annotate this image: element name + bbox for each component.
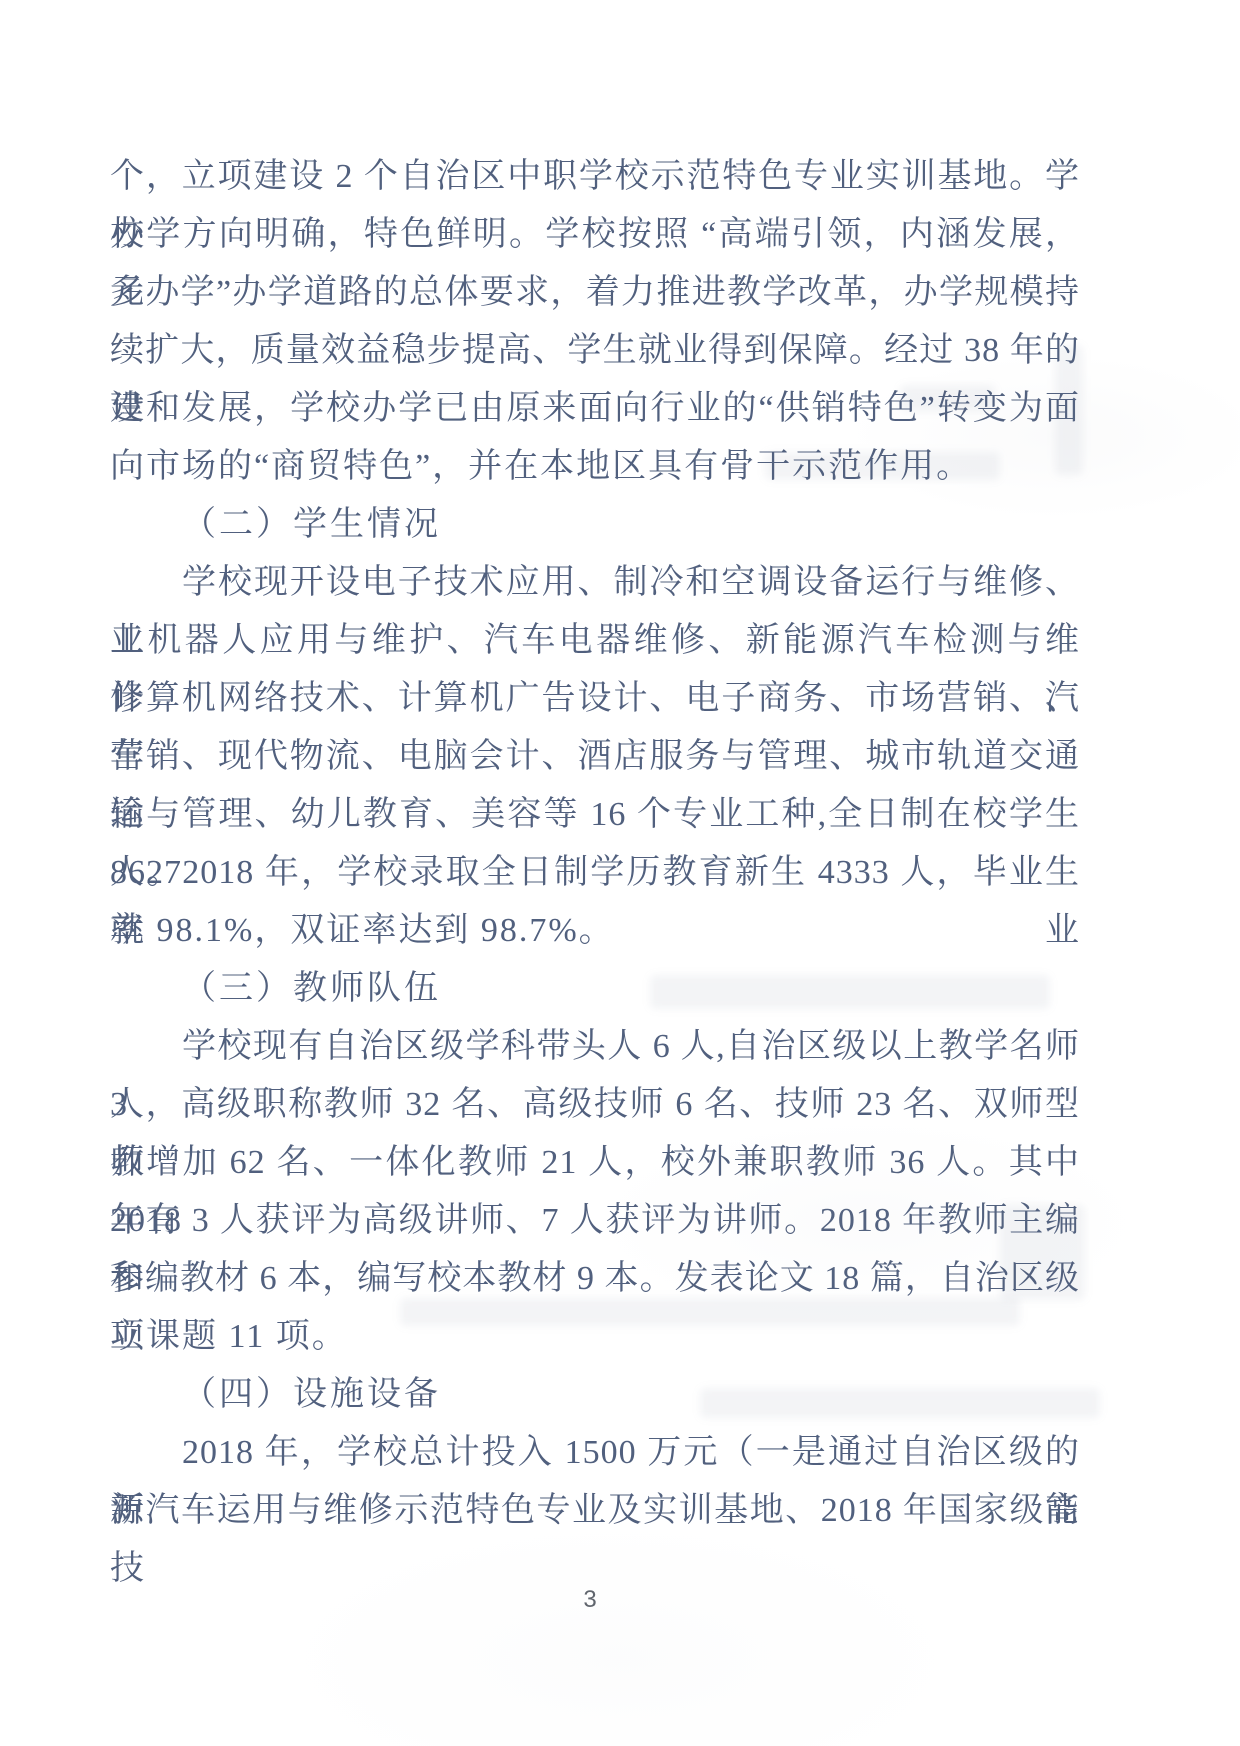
text-block: 个，立项建设 2 个自治区中职学校示范特色专业实训基地。学校办学方向明确，特色鲜… <box>110 148 1080 1540</box>
text-line: 个，立项建设 2 个自治区中职学校示范特色专业实训基地。学校 <box>110 148 1080 206</box>
section-heading: （三）教师队伍 <box>110 960 1080 1018</box>
text-line: 2018 年，学校总计投入 1500 万元（一是通过自治区级的新能 <box>110 1424 1080 1482</box>
document-page: 个，立项建设 2 个自治区中职学校示范特色专业实训基地。学校办学方向明确，特色鲜… <box>0 0 1240 1746</box>
text-line: 源汽车运用与维修示范特色专业及实训基地、2018 年国家级高技 <box>110 1482 1080 1540</box>
text-line: 人，高级职称教师 32 名、高级技师 6 名、技师 23 名、双师型教 <box>110 1076 1080 1134</box>
text-line: 学校现有自治区级学科带头人 6 人,自治区级以上教学名师 3 <box>110 1018 1080 1076</box>
section-heading: （四）设施设备 <box>110 1366 1080 1424</box>
text-line: 人。2018 年，学校录取全日制学历教育新生 4333 人，毕业生就业 <box>110 844 1080 902</box>
text-line: 办学方向明确，特色鲜明。学校按照 “高端引领，内涵发展，多 <box>110 206 1080 264</box>
text-line: 年有 3 人获评为高级讲师、7 人获评为讲师。2018 年教师主编和 <box>110 1192 1080 1250</box>
text-line: 设和发展，学校办学已由原来面向行业的“供销特色”转变为面 <box>110 380 1080 438</box>
section-heading: （二）学生情况 <box>110 496 1080 554</box>
text-line: 师增加 62 名、一体化教师 21 人，校外兼职教师 36 人。其中 2018 <box>110 1134 1080 1192</box>
text-line: 业机器人应用与维护、汽车电器维修、新能源汽车检测与维修、 <box>110 612 1080 670</box>
text-line: 学校现开设电子技术应用、制冷和空调设备运行与维修、工 <box>110 554 1080 612</box>
text-line: 输与管理、幼儿教育、美容等 16 个专业工种,全日制在校学生 8627 <box>110 786 1080 844</box>
page-number: 3 <box>560 1586 620 1614</box>
text-line: 参编教材 6 本，编写校本教材 9 本。发表论文 18 篇，自治区级立 <box>110 1250 1080 1308</box>
text-line: 计算机网络技术、计算机广告设计、电子商务、市场营销、汽车 <box>110 670 1080 728</box>
text-line: 向市场的“商贸特色”，并在本地区具有骨干示范作用。 <box>110 438 1080 496</box>
text-line: 营销、现代物流、电脑会计、酒店服务与管理、城市轨道交通运 <box>110 728 1080 786</box>
text-line: 续扩大，质量效益稳步提高、学生就业得到保障。经过 38 年的建 <box>110 322 1080 380</box>
text-line: 项课题 11 项。 <box>110 1308 1080 1366</box>
text-line: 元办学”办学道路的总体要求，着力推进教学改革，办学规模持 <box>110 264 1080 322</box>
